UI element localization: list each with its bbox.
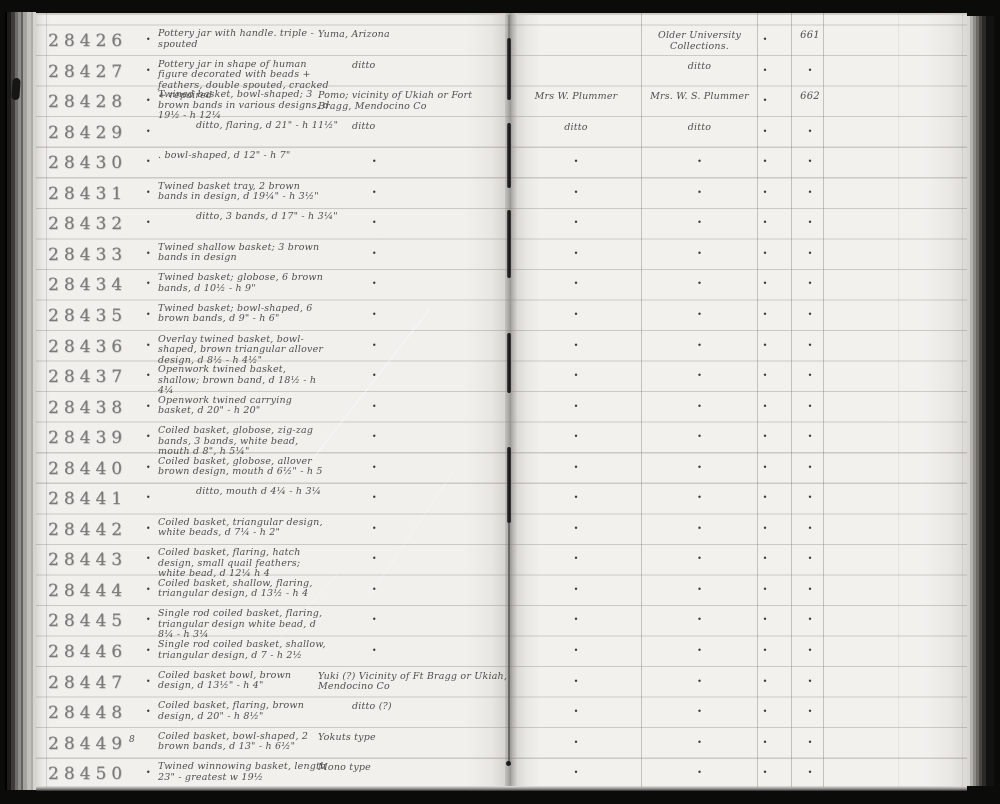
number-tick-mark: . <box>146 488 151 502</box>
check-mark: . <box>756 122 774 136</box>
collector-entry: . <box>641 274 758 288</box>
check-mark: . <box>756 641 774 655</box>
number-tick-mark: . <box>146 366 151 380</box>
item-description: Coiled basket, flaring, brown design, d … <box>158 701 330 722</box>
number-tick-mark: . <box>146 122 151 136</box>
received-from-entry: . <box>517 336 635 350</box>
catalog-number: 28438 <box>48 393 144 423</box>
ledger-row: 28434 . Twined basket; globose, 6 brown … <box>0 270 1000 300</box>
locality-entry: . <box>372 274 384 288</box>
catalog-number: 28437 <box>48 362 144 392</box>
accession-number: . <box>792 672 828 686</box>
received-from-entry: . <box>517 549 635 563</box>
catalog-number: 28430 <box>48 148 144 178</box>
check-mark: . <box>756 61 774 75</box>
received-from-entry: . <box>517 274 635 288</box>
received-from-entry: . <box>517 152 635 166</box>
check-mark: . <box>756 183 774 197</box>
locality-entry: . <box>372 488 384 502</box>
ledger-row: 28446 . Single rod coiled basket, shallo… <box>0 637 1000 667</box>
check-mark: . <box>756 702 774 716</box>
collector-entry: . <box>641 397 758 411</box>
ledger-row: 28429 . ditto, flaring, d 21" - h 11½" d… <box>0 118 1000 148</box>
number-tick-mark: . <box>146 641 151 655</box>
item-description: Openwork twined carrying basket, d 20" -… <box>158 396 330 417</box>
collector-entry: . <box>641 733 758 747</box>
collector-entry: . <box>641 244 758 258</box>
collector-entry: . <box>641 641 758 655</box>
ledger-row: 8 28449 Coiled basket, bowl-shaped, 2 br… <box>0 729 1000 759</box>
check-mark: . <box>756 580 774 594</box>
catalog-number: 28450 <box>48 759 144 789</box>
ledger-row: 28435 . Twined basket; bowl-shaped, 6 br… <box>0 301 1000 331</box>
number-tick-mark: . <box>146 61 151 75</box>
ledger-row: 28427 . Pottery jar in shape of human fi… <box>0 57 1000 87</box>
locality-entry: Yokuts type <box>318 733 508 744</box>
item-description: Twined shallow basket; 3 brown bands in … <box>158 243 330 264</box>
locality-entry: Yuki (?) Vicinity of Ft Bragg or Ukiah, … <box>318 672 508 693</box>
locality-entry: ditto <box>352 122 432 133</box>
item-description: Pottery jar with handle. triple - spoute… <box>158 29 330 50</box>
number-tick-mark: . <box>146 91 151 105</box>
catalog-number: 28435 <box>48 301 144 331</box>
ledger-row: 28431 . Twined basket tray, 2 brown band… <box>0 179 1000 209</box>
item-description: Twined basket tray, 2 brown bands in des… <box>158 182 330 203</box>
accession-number: . <box>792 274 828 288</box>
check-mark: . <box>756 152 774 166</box>
ledger-row: 28448 . Coiled basket, flaring, brown de… <box>0 698 1000 728</box>
catalog-number: 28445 <box>48 606 144 636</box>
catalog-number: 28447 <box>48 668 144 698</box>
number-tick-mark: . <box>146 549 151 563</box>
item-description: Coiled basket, bowl-shaped, 2 brown band… <box>158 732 330 753</box>
check-mark: . <box>756 733 774 747</box>
accession-number: . <box>792 152 828 166</box>
collector-entry: . <box>641 152 758 166</box>
check-mark: . <box>756 213 774 227</box>
received-from-entry: . <box>517 244 635 258</box>
number-tick-mark: . <box>146 336 151 350</box>
locality-entry: . <box>372 213 384 227</box>
accession-number: . <box>792 549 828 563</box>
locality-entry: . <box>372 610 384 624</box>
accession-number: . <box>792 458 828 472</box>
collector-entry: . <box>641 458 758 472</box>
accession-number: 661 <box>792 31 828 42</box>
locality-entry: . <box>372 366 384 380</box>
ledger-row: 28439 . Coiled basket, globose, zig-zag … <box>0 423 1000 453</box>
number-tick-mark: . <box>146 580 151 594</box>
ledger-row: 28432 . ditto, 3 bands, d 17" - h 3¼" . … <box>0 209 1000 239</box>
collector-entry: . <box>641 610 758 624</box>
locality-entry: . <box>372 152 384 166</box>
check-mark: . <box>756 244 774 258</box>
number-tick-mark: . <box>146 458 151 472</box>
check-mark: . <box>756 366 774 380</box>
check-mark: . <box>756 336 774 350</box>
accession-number: . <box>792 488 828 502</box>
accession-number: . <box>792 733 828 747</box>
accession-number: . <box>792 305 828 319</box>
number-tick-mark: . <box>146 213 151 227</box>
item-description: . bowl-shaped, d 12" - h 7" <box>158 151 330 162</box>
accession-number: . <box>792 61 828 75</box>
collector-entry: Older University Collections. <box>641 31 758 52</box>
check-mark: . <box>756 763 774 777</box>
collector-entry: . <box>641 336 758 350</box>
catalog-number: 28434 <box>48 270 144 300</box>
number-tick-mark: . <box>146 427 151 441</box>
collector-entry: . <box>641 549 758 563</box>
locality-entry: ditto <box>352 61 432 72</box>
collector-entry: . <box>641 427 758 441</box>
locality-entry: Pomo; vicinity of Ukiah or Fort Bragg, M… <box>318 91 508 112</box>
catalog-number: 28440 <box>48 454 144 484</box>
check-mark: . <box>756 427 774 441</box>
received-from-entry: . <box>517 519 635 533</box>
check-mark: . <box>756 488 774 502</box>
number-tick-mark: . <box>146 274 151 288</box>
locality-entry: . <box>372 458 384 472</box>
accession-number: . <box>792 580 828 594</box>
check-mark: . <box>756 274 774 288</box>
item-description: Twined basket; globose, 6 brown bands, d… <box>158 273 330 294</box>
ledger-row: 28447 . Coiled basket bowl, brown design… <box>0 668 1000 698</box>
number-tick-mark: . <box>146 763 151 777</box>
locality-entry: . <box>372 183 384 197</box>
number-tick-mark: . <box>146 152 151 166</box>
accession-number: . <box>792 336 828 350</box>
item-description: Twined basket; bowl-shaped, 6 brown band… <box>158 304 330 325</box>
ledger-row: 28436 . Overlay twined basket, bowl-shap… <box>0 332 1000 362</box>
ledger-row: 28450 . Twined winnowing basket, length … <box>0 759 1000 789</box>
number-tick-mark: . <box>146 672 151 686</box>
item-description: Coiled basket, globose, allover brown de… <box>158 457 330 478</box>
catalog-number: 28432 <box>48 209 144 239</box>
catalog-number: 28443 <box>48 545 144 575</box>
received-from-entry: Mrs W. Plummer <box>517 92 635 103</box>
collector-entry: . <box>641 580 758 594</box>
ledger-row: 28430 . . bowl-shaped, d 12" - h 7" . . … <box>0 148 1000 178</box>
check-mark: . <box>756 458 774 472</box>
number-tick-mark: . <box>146 610 151 624</box>
item-description: ditto, 3 bands, d 17" - h 3¼" <box>158 212 368 223</box>
locality-entry: Yuma, Arizona <box>318 30 508 41</box>
number-tick-mark: . <box>146 702 151 716</box>
catalog-number: 28426 <box>48 26 144 56</box>
catalog-number: 28428 <box>48 87 144 117</box>
check-mark: . <box>756 519 774 533</box>
locality-entry: ditto (?) <box>352 702 432 713</box>
number-tick-mark: . <box>146 183 151 197</box>
check-mark: . <box>756 610 774 624</box>
item-description: Coiled basket, triangular design, white … <box>158 518 330 539</box>
check-mark: . <box>756 91 774 105</box>
locality-entry: . <box>372 427 384 441</box>
received-from-entry: . <box>517 641 635 655</box>
item-description: Twined winnowing basket, length 23" - gr… <box>158 762 330 783</box>
ledger-scan: 28426 . Pottery jar with handle. triple … <box>0 0 1000 804</box>
catalog-number: 28446 <box>48 637 144 667</box>
check-mark: . <box>756 672 774 686</box>
check-mark: . <box>756 30 774 44</box>
collector-entry: Mrs. W. S. Plummer <box>641 92 758 103</box>
received-from-entry: . <box>517 763 635 777</box>
number-tick-mark: . <box>146 397 151 411</box>
received-from-entry: . <box>517 397 635 411</box>
number-tick-mark: . <box>146 30 151 44</box>
received-from-entry: . <box>517 733 635 747</box>
catalog-number: 28431 <box>48 179 144 209</box>
received-from-entry: . <box>517 305 635 319</box>
accession-number: . <box>792 122 828 136</box>
collector-entry: . <box>641 488 758 502</box>
number-tick-mark: . <box>146 244 151 258</box>
ledger-row: 28440 . Coiled basket, globose, allover … <box>0 454 1000 484</box>
ledger-row: 28428 . Twined basket, bowl-shaped; 3 br… <box>0 87 1000 117</box>
catalog-number: 28444 <box>48 576 144 606</box>
received-from-entry: . <box>517 488 635 502</box>
ledger-row: 28426 . Pottery jar with handle. triple … <box>0 26 1000 56</box>
catalog-number: 28433 <box>48 240 144 270</box>
accession-number: . <box>792 366 828 380</box>
ledger-row: 28433 . Twined shallow basket; 3 brown b… <box>0 240 1000 270</box>
collector-entry: . <box>641 305 758 319</box>
catalog-number: 28427 <box>48 57 144 87</box>
collector-entry: . <box>641 183 758 197</box>
locality-entry: . <box>372 519 384 533</box>
check-mark: . <box>756 305 774 319</box>
received-from-entry: . <box>517 702 635 716</box>
ledger-row: 28445 . Single rod coiled basket, flarin… <box>0 606 1000 636</box>
collector-entry: . <box>641 519 758 533</box>
accession-number: . <box>792 427 828 441</box>
accession-number: . <box>792 702 828 716</box>
received-from-entry: . <box>517 183 635 197</box>
ledger-row: 28444 . Coiled basket, shallow, flaring,… <box>0 576 1000 606</box>
collector-entry: ditto <box>641 123 758 134</box>
item-description: ditto, mouth d 4¼ - h 3¼ <box>158 487 368 498</box>
received-from-entry: . <box>517 580 635 594</box>
accession-number: . <box>792 397 828 411</box>
item-description: Coiled basket bowl, brown design, d 13½"… <box>158 671 330 692</box>
ledger-row: 28441 . ditto, mouth d 4¼ - h 3¼ . . . .… <box>0 484 1000 514</box>
received-from-entry: . <box>517 213 635 227</box>
locality-entry: . <box>372 580 384 594</box>
collector-entry: . <box>641 213 758 227</box>
accession-number: . <box>792 213 828 227</box>
accession-number: . <box>792 641 828 655</box>
ledger-row: 28438 . Openwork twined carrying basket,… <box>0 393 1000 423</box>
locality-entry: . <box>372 397 384 411</box>
check-mark: . <box>756 549 774 563</box>
locality-entry: . <box>372 549 384 563</box>
locality-entry: . <box>372 336 384 350</box>
locality-entry: . <box>372 641 384 655</box>
accession-number: . <box>792 183 828 197</box>
received-from-entry: . <box>517 672 635 686</box>
catalog-number: 28448 <box>48 698 144 728</box>
received-from-entry: . <box>517 610 635 624</box>
accession-number: . <box>792 244 828 258</box>
catalog-number: 28449 <box>48 729 144 759</box>
ledger-row: 28437 . Openwork twined basket, shallow;… <box>0 362 1000 392</box>
accession-number: . <box>792 763 828 777</box>
locality-entry: . <box>372 244 384 258</box>
catalog-number: 28442 <box>48 515 144 545</box>
collector-entry: . <box>641 763 758 777</box>
accession-number: . <box>792 610 828 624</box>
collector-entry: ditto <box>641 62 758 73</box>
catalog-number: 28436 <box>48 332 144 362</box>
number-tick-mark: . <box>146 519 151 533</box>
collector-entry: . <box>641 672 758 686</box>
collector-entry: . <box>641 366 758 380</box>
received-from-entry: . <box>517 427 635 441</box>
locality-entry: . <box>372 305 384 319</box>
ledger-row: 28443 . Coiled basket, flaring, hatch de… <box>0 545 1000 575</box>
catalog-number: 28439 <box>48 423 144 453</box>
locality-entry: Mono type <box>318 763 508 774</box>
ledger-rows: 28426 . Pottery jar with handle. triple … <box>0 0 1000 804</box>
number-tick-mark: . <box>146 305 151 319</box>
item-description: Single rod coiled basket, shallow, trian… <box>158 640 330 661</box>
received-from-entry: ditto <box>517 123 635 134</box>
accession-number: 662 <box>792 92 828 103</box>
ledger-row: 28442 . Coiled basket, triangular design… <box>0 515 1000 545</box>
catalog-number: 28441 <box>48 484 144 514</box>
catalog-number: 28429 <box>48 118 144 148</box>
accession-number: . <box>792 519 828 533</box>
received-from-entry: . <box>517 366 635 380</box>
item-description: ditto, flaring, d 21" - h 11½" <box>158 121 368 132</box>
item-description: Coiled basket, shallow, flaring, triangu… <box>158 579 330 600</box>
check-mark: . <box>756 397 774 411</box>
received-from-entry: . <box>517 458 635 472</box>
collector-entry: . <box>641 702 758 716</box>
